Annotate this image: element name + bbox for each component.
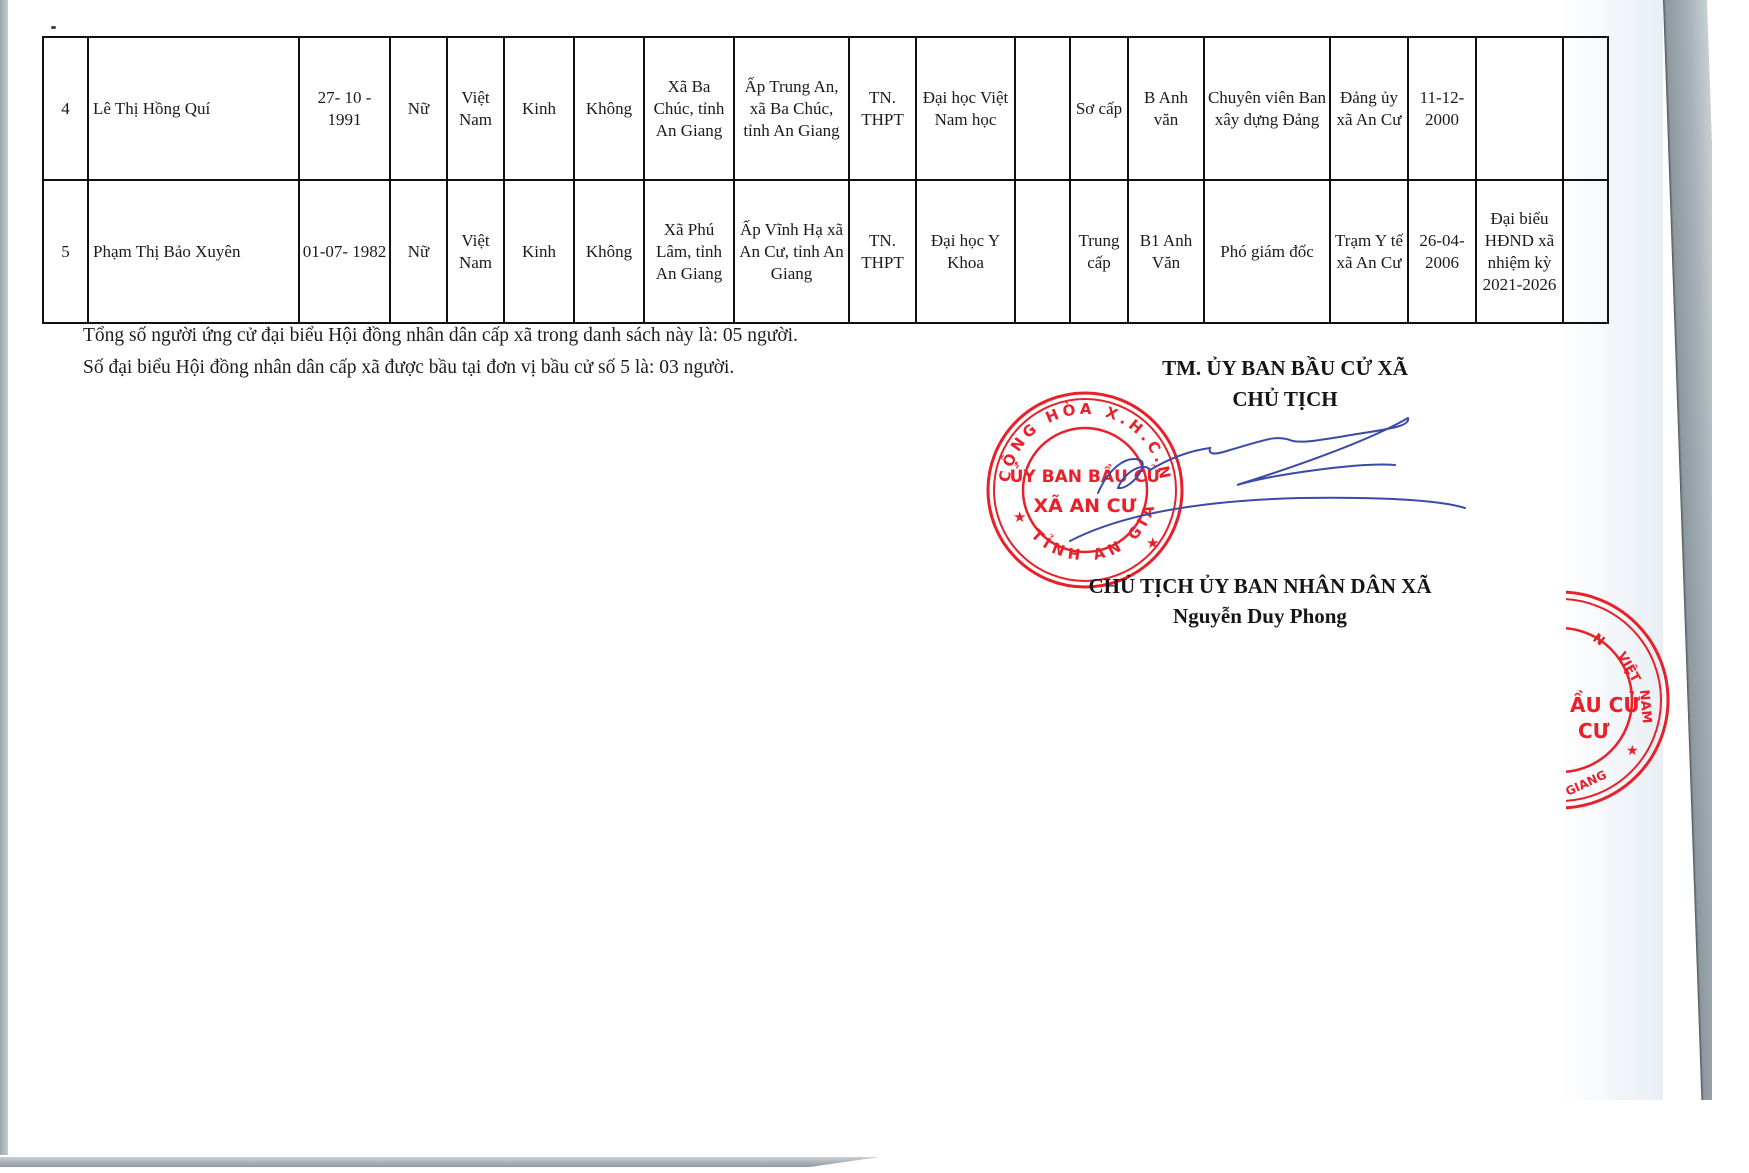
cell-ethnicity: Kinh [504, 180, 574, 323]
cell-general-education: TN. THPT [849, 180, 916, 323]
table-row: 4 Lê Thị Hồng Quí 27- 10 - 1991 Nữ Việt … [43, 37, 1608, 180]
cell-workplace: Trạm Y tế xã An Cư [1330, 180, 1408, 323]
scan-left-edge [0, 0, 8, 1155]
cell-political-theory: Sơ cấp [1070, 37, 1128, 180]
stamp-center-line2: XÃ AN CƯ [1033, 493, 1136, 517]
cell-hometown: Xã Ba Chúc, tỉnh An Giang [644, 37, 734, 180]
scan-speck [51, 26, 56, 29]
cell-gender: Nữ [390, 37, 447, 180]
cell-position: Phó giám đốc [1204, 180, 1330, 323]
cell-extra [1563, 180, 1608, 323]
candidate-table: 4 Lê Thị Hồng Quí 27- 10 - 1991 Nữ Việt … [42, 36, 1609, 324]
cell-council-delegate [1476, 37, 1563, 180]
cell-nationality: Việt Nam [447, 37, 504, 180]
scan-bottom-edge [0, 1157, 880, 1167]
cell-foreign-language: B1 Anh Văn [1128, 180, 1204, 323]
cell-foreign-language: B Anh văn [1128, 37, 1204, 180]
star-icon: ★ [1013, 508, 1026, 526]
cell-religion: Không [574, 180, 644, 323]
cell-extra [1563, 37, 1608, 180]
signer-name: Nguyễn Duy Phong [1030, 604, 1490, 629]
cell-academic-degree [1015, 180, 1070, 323]
cell-general-education: TN. THPT [849, 37, 916, 180]
elected-count-text: Số đại biểu Hội đồng nhân dân cấp xã đượ… [83, 357, 734, 379]
cell-hometown: Xã Phú Lâm, tỉnh An Giang [644, 180, 734, 323]
cell-party-join-date: 11-12-2000 [1408, 37, 1476, 180]
star-icon: ★ [1146, 534, 1159, 552]
cell-professional: Đại học Việt Nam học [916, 37, 1015, 180]
stamp-center-line1: ỦY BAN BẦU CỬ [1010, 463, 1162, 487]
cell-religion: Không [574, 37, 644, 180]
cell-gender: Nữ [390, 180, 447, 323]
total-candidates-text: Tổng số người ứng cử đại biểu Hội đồng n… [83, 325, 798, 347]
signature-on-behalf: TM. ỦY BAN BẦU CỬ XÃ [1085, 356, 1485, 381]
cell-stt: 4 [43, 37, 88, 180]
scan-background [1712, 0, 1749, 1173]
signer-title: CHỦ TỊCH ỦY BAN NHÂN DÂN XÃ [1030, 574, 1490, 599]
cell-dob: 27- 10 - 1991 [299, 37, 390, 180]
cell-party-join-date: 26-04-2006 [1408, 180, 1476, 323]
cell-council-delegate: Đại biểu HĐND xã nhiệm kỳ 2021-2026 [1476, 180, 1563, 323]
cell-academic-degree [1015, 37, 1070, 180]
table-row: 5 Phạm Thị Bảo Xuyên 01-07- 1982 Nữ Việt… [43, 180, 1608, 323]
signature-role: CHỦ TỊCH [1085, 387, 1485, 412]
cell-name: Phạm Thị Bảo Xuyên [88, 180, 299, 323]
cell-residence: Ấp Vĩnh Hạ xã An Cư, tỉnh An Giang [734, 180, 849, 323]
cell-ethnicity: Kinh [504, 37, 574, 180]
cell-name: Lê Thị Hồng Quí [88, 37, 299, 180]
cell-stt: 5 [43, 180, 88, 323]
cell-nationality: Việt Nam [447, 180, 504, 323]
cell-political-theory: Trung cấp [1070, 180, 1128, 323]
cell-dob: 01-07- 1982 [299, 180, 390, 323]
cell-workplace: Đảng ủy xã An Cư [1330, 37, 1408, 180]
cell-position: Chuyên viên Ban xây dựng Đảng [1204, 37, 1330, 180]
cell-residence: Ấp Trung An, xã Ba Chúc, tỉnh An Giang [734, 37, 849, 180]
cell-professional: Đại học Y Khoa [916, 180, 1015, 323]
